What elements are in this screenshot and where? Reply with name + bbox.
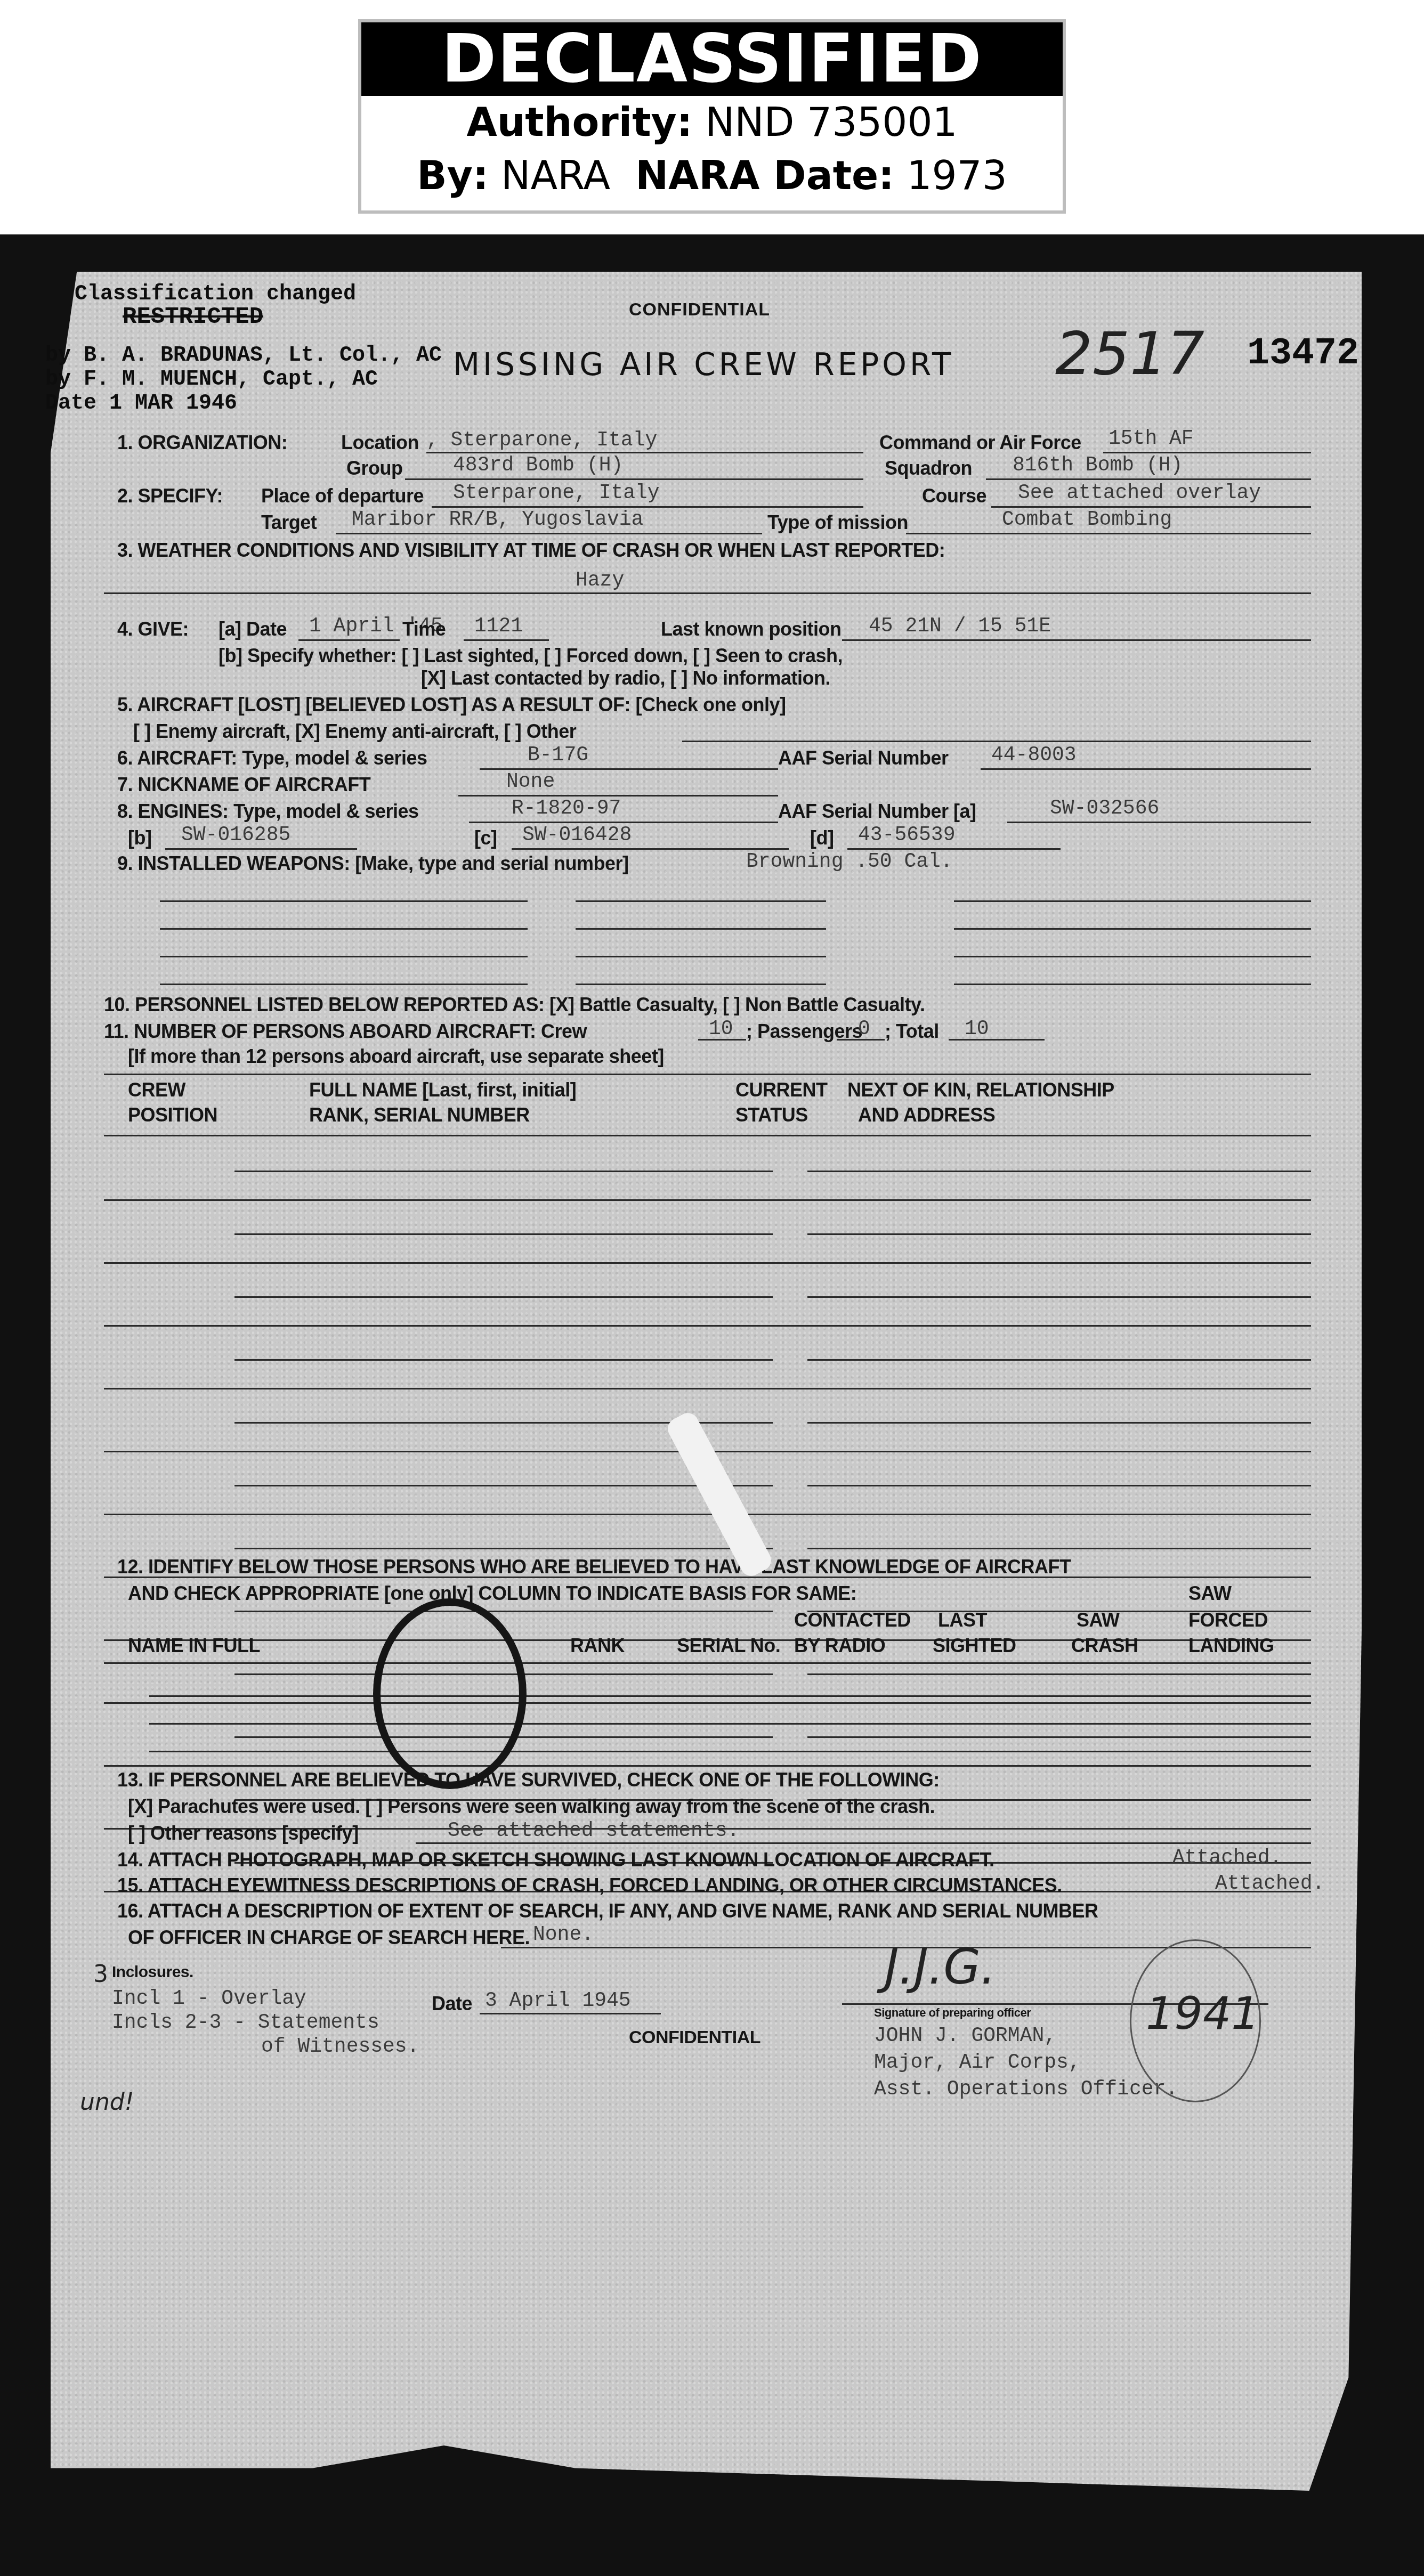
crew-row-rule <box>104 1325 1311 1327</box>
engine-c-label: [c] <box>474 827 497 849</box>
stamp-line-2: RESTRICTED <box>123 304 263 330</box>
aircraft-serial-label: AAF Serial Number <box>778 747 949 769</box>
report-title: MISSING AIR CREW REPORT <box>453 346 954 383</box>
squadron-value: 816th Bomb (H) <box>1013 454 1183 477</box>
col-crash-2: CRASH <box>1071 1635 1138 1657</box>
kin-rule <box>807 1359 1311 1361</box>
lost-options: [ ] Enemy aircraft, [X] Enemy anti-aircr… <box>133 720 576 743</box>
attach16-label-2: OF OFFICER IN CHARGE OF SEARCH HERE. <box>128 1927 530 1949</box>
kin-rule <box>807 1673 1311 1675</box>
group-value: 483rd Bomb (H) <box>453 454 623 477</box>
survived-line2-value: See attached statements. <box>448 1819 739 1842</box>
attach15-value: Attached. <box>1215 1872 1324 1895</box>
weapon-rule <box>576 900 826 902</box>
classification-bottom: CONFIDENTIAL <box>629 2027 760 2048</box>
weapons-label: 9. INSTALLED WEAPONS: [Make, type and se… <box>117 852 629 875</box>
officer-rank: Major, Air Corps, <box>874 2051 1081 2074</box>
col-rank-serial: RANK, SERIAL NUMBER <box>309 1104 530 1126</box>
kin-rule <box>807 1548 1311 1549</box>
col-name-in-full: NAME IN FULL <box>128 1635 260 1657</box>
crew-name-rule <box>234 1233 773 1235</box>
lost-label: 5. AIRCRAFT [LOST] [BELIEVED LOST] AS A … <box>117 694 786 716</box>
survived-label: 13. IF PERSONNEL ARE BELIEVED TO HAVE SU… <box>117 1769 940 1791</box>
stamp-line-4: by F. M. MUENCH, Capt., AC <box>45 368 378 392</box>
handwritten-number: 2517 <box>1055 320 1204 388</box>
witness-rule <box>149 1723 1311 1725</box>
aircraft-label: 6. AIRCRAFT: Type, model & series <box>117 747 427 769</box>
location-label: Location <box>341 432 419 454</box>
attach14-value: Attached. <box>1172 1847 1282 1870</box>
give-label: 4. GIVE: <box>117 618 189 640</box>
course-label: Course <box>922 485 986 507</box>
date-label: [a] Date <box>219 618 287 640</box>
crew-name-rule <box>234 1485 773 1486</box>
col-forced-2: LANDING <box>1188 1635 1274 1657</box>
engine-type: R-1820-97 <box>512 797 621 820</box>
kin-rule <box>807 1485 1311 1486</box>
handwritten-circle-number: 1941 <box>1146 1987 1260 2039</box>
col-saw-forced-0: SAW <box>1188 1582 1232 1605</box>
weapon-rule <box>160 928 528 930</box>
signature-label: Signature of preparing officer <box>874 2006 1031 2020</box>
crew-name-rule <box>234 1611 773 1612</box>
engines-label: 8. ENGINES: Type, model & series <box>117 800 419 823</box>
crew-row-rule <box>104 1765 1311 1767</box>
command-value: 15th AF <box>1109 427 1194 450</box>
paper-sheet <box>51 272 1362 2536</box>
nickname-value: None <box>506 770 555 793</box>
location-value: , Sterparone, Italy <box>426 429 657 452</box>
nickname-label: 7. NICKNAME OF AIRCRAFT <box>117 774 370 796</box>
weapons-make: Browning .50 Cal. <box>746 850 953 873</box>
departure-value: Sterparone, Italy <box>453 482 660 505</box>
weapon-rule <box>954 900 1311 902</box>
col-serial: SERIAL No. <box>677 1635 780 1657</box>
kin-rule <box>807 1422 1311 1424</box>
declassified-title: DECLASSIFIED <box>361 22 1063 96</box>
kin-rule <box>807 1736 1311 1738</box>
engine-d: 43-56539 <box>858 824 955 847</box>
aircraft-type: B-17G <box>528 744 588 767</box>
weapon-rule <box>160 984 528 985</box>
witness-rule <box>149 1695 1311 1697</box>
by-line: By: NARA NARA Date: 1973 <box>361 149 1063 202</box>
stamp-line-1: Classification changed <box>75 282 356 306</box>
crew-name-rule <box>234 1171 773 1172</box>
weapon-rule <box>576 984 826 985</box>
declassified-banner: DECLASSIFIED Authority: NND 735001 By: N… <box>358 19 1066 214</box>
officer-title: Asst. Operations Officer. <box>874 2078 1178 2101</box>
col-full-name: FULL NAME [Last, first, initial] <box>309 1079 576 1101</box>
passenger-count: 0 <box>858 1018 870 1041</box>
crew-name-rule <box>234 1548 773 1549</box>
crew-row-rule <box>104 1199 1311 1201</box>
scanned-document: Classification changed RESTRICTED by B. … <box>0 234 1424 2576</box>
officer-name: JOHN J. GORMAN, <box>874 2025 1056 2047</box>
crew-name-rule <box>234 1296 773 1298</box>
col-next-of-kin: NEXT OF KIN, RELATIONSHIP <box>847 1079 1114 1101</box>
persons-label: 11. NUMBER OF PERSONS ABOARD AIRCRAFT: C… <box>104 1020 587 1043</box>
stamp-line-3: by B. A. BRADUNAS, Lt. Col., AC <box>45 344 442 368</box>
crew-name-rule <box>234 1359 773 1361</box>
target-value: Maribor RR/B, Yugoslavia <box>352 508 643 531</box>
command-label: Command or Air Force <box>879 432 1081 454</box>
weapon-rule <box>954 956 1311 957</box>
total-count: 10 <box>965 1018 989 1041</box>
engine-c: SW-016428 <box>522 824 632 847</box>
time-label: Time <box>402 618 446 640</box>
officer-signature: J.J.G. <box>885 1939 996 1995</box>
position-label: Last known position <box>661 618 842 640</box>
group-label: Group <box>346 457 402 480</box>
total-label: ; Total <box>885 1020 939 1043</box>
attach15-label: 15. ATTACH EYEWITNESS DESCRIPTIONS OF CR… <box>117 1874 1062 1897</box>
position-value: 45 21N / 15 51E <box>869 615 1051 638</box>
departure-label: Place of departure <box>261 485 424 507</box>
crew-row-rule <box>104 1388 1311 1389</box>
col-forced-1: FORCED <box>1188 1609 1268 1631</box>
crew-row-rule <box>104 1262 1311 1264</box>
stamp-line-5: Date 1 MAR 1946 <box>45 392 237 416</box>
col-crew-position: CREW <box>128 1079 185 1101</box>
attach16-label: 16. ATTACH A DESCRIPTION OF EXTENT OF SE… <box>117 1900 1098 1922</box>
col-address: AND ADDRESS <box>858 1104 995 1126</box>
weapon-rule <box>954 984 1311 985</box>
col-sighted-1: LAST <box>938 1609 987 1631</box>
persons-note: [If more than 12 persons aboard aircraft… <box>128 1045 664 1068</box>
handwritten-bottom-note: und! <box>80 2089 134 2116</box>
specify-whether-line2: [X] Last contacted by radio, [ ] No info… <box>421 667 830 689</box>
time-value: 1121 <box>474 615 523 638</box>
round-stamp <box>373 1598 527 1789</box>
crew-row-rule <box>104 1514 1311 1515</box>
kin-rule <box>807 1296 1311 1298</box>
weather-value: Hazy <box>576 569 624 592</box>
engine-d-label: [d] <box>810 827 834 849</box>
specify-whether-line1: [b] Specify whether: [ ] Last sighted, [… <box>219 645 843 667</box>
col-sighted-2: SIGHTED <box>933 1635 1016 1657</box>
stamped-number: 13472 <box>1247 333 1359 375</box>
aircraft-serial: 44-8003 <box>991 744 1077 767</box>
weather-label: 3. WEATHER CONDITIONS AND VISIBILITY AT … <box>117 539 945 562</box>
survived-line2-label: [ ] Other reasons [specify] <box>128 1822 359 1844</box>
engine-b-label: [b] <box>128 827 151 849</box>
col-rank: RANK <box>570 1635 625 1657</box>
survived-line1: [X] Parachutes were used. [ ] Persons we… <box>128 1795 935 1818</box>
crew-count: 10 <box>709 1018 733 1041</box>
personnel-label: 10. PERSONNEL LISTED BELOW REPORTED AS: … <box>104 994 925 1016</box>
org-label: 1. ORGANIZATION: <box>117 432 287 454</box>
footer-date: 3 April 1945 <box>485 1989 631 2012</box>
crew-row-rule <box>104 1702 1311 1704</box>
course-value: See attached overlay <box>1018 482 1261 505</box>
col-crew-position-2: POSITION <box>128 1104 217 1126</box>
target-label: Target <box>261 511 317 534</box>
weapon-rule <box>954 928 1311 930</box>
col-crash-1: SAW <box>1077 1609 1120 1631</box>
squadron-label: Squadron <box>885 457 972 480</box>
mission-value: Combat Bombing <box>1002 508 1172 531</box>
engine-b: SW-016285 <box>181 824 290 847</box>
kin-rule <box>807 1171 1311 1172</box>
kin-rule <box>807 1233 1311 1235</box>
weapon-rule <box>160 956 528 957</box>
weapon-rule <box>576 956 826 957</box>
authority-line: Authority: NND 735001 <box>361 96 1063 149</box>
attach14-label: 14. ATTACH PHOTOGRAPH, MAP OR SKETCH SHO… <box>117 1849 994 1871</box>
incl-2: Incls 2-3 - Statements <box>112 2011 379 2034</box>
col-status: STATUS <box>735 1104 808 1126</box>
footer-date-label: Date <box>432 1993 472 2015</box>
mission-label: Type of mission <box>767 511 908 534</box>
incl-3: of Witnesses. <box>261 2035 419 2058</box>
col-radio-1: CONTACTED <box>794 1609 911 1631</box>
weapon-rule <box>160 900 528 902</box>
inclosures-label: Inclosures. <box>112 1963 193 1981</box>
specify-label: 2. SPECIFY: <box>117 485 223 507</box>
witnesses-label: 12. IDENTIFY BELOW THOSE PERSONS WHO ARE… <box>117 1556 1071 1578</box>
engine-a: SW-032566 <box>1050 797 1159 820</box>
weapon-rule <box>576 928 826 930</box>
col-current: CURRENT <box>735 1079 828 1101</box>
witness-rule <box>149 1751 1311 1752</box>
witnesses-label-2: AND CHECK APPROPRIATE [one only] COLUMN … <box>128 1582 856 1605</box>
incl-1: Incl 1 - Overlay <box>112 1987 306 2010</box>
col-radio-2: BY RADIO <box>794 1635 885 1657</box>
engine-serial-label: AAF Serial Number [a] <box>778 800 976 823</box>
attach16-value: None. <box>533 1923 594 1946</box>
inclosures-count: 3 <box>93 1961 108 1988</box>
classification-top: CONFIDENTIAL <box>629 299 770 320</box>
